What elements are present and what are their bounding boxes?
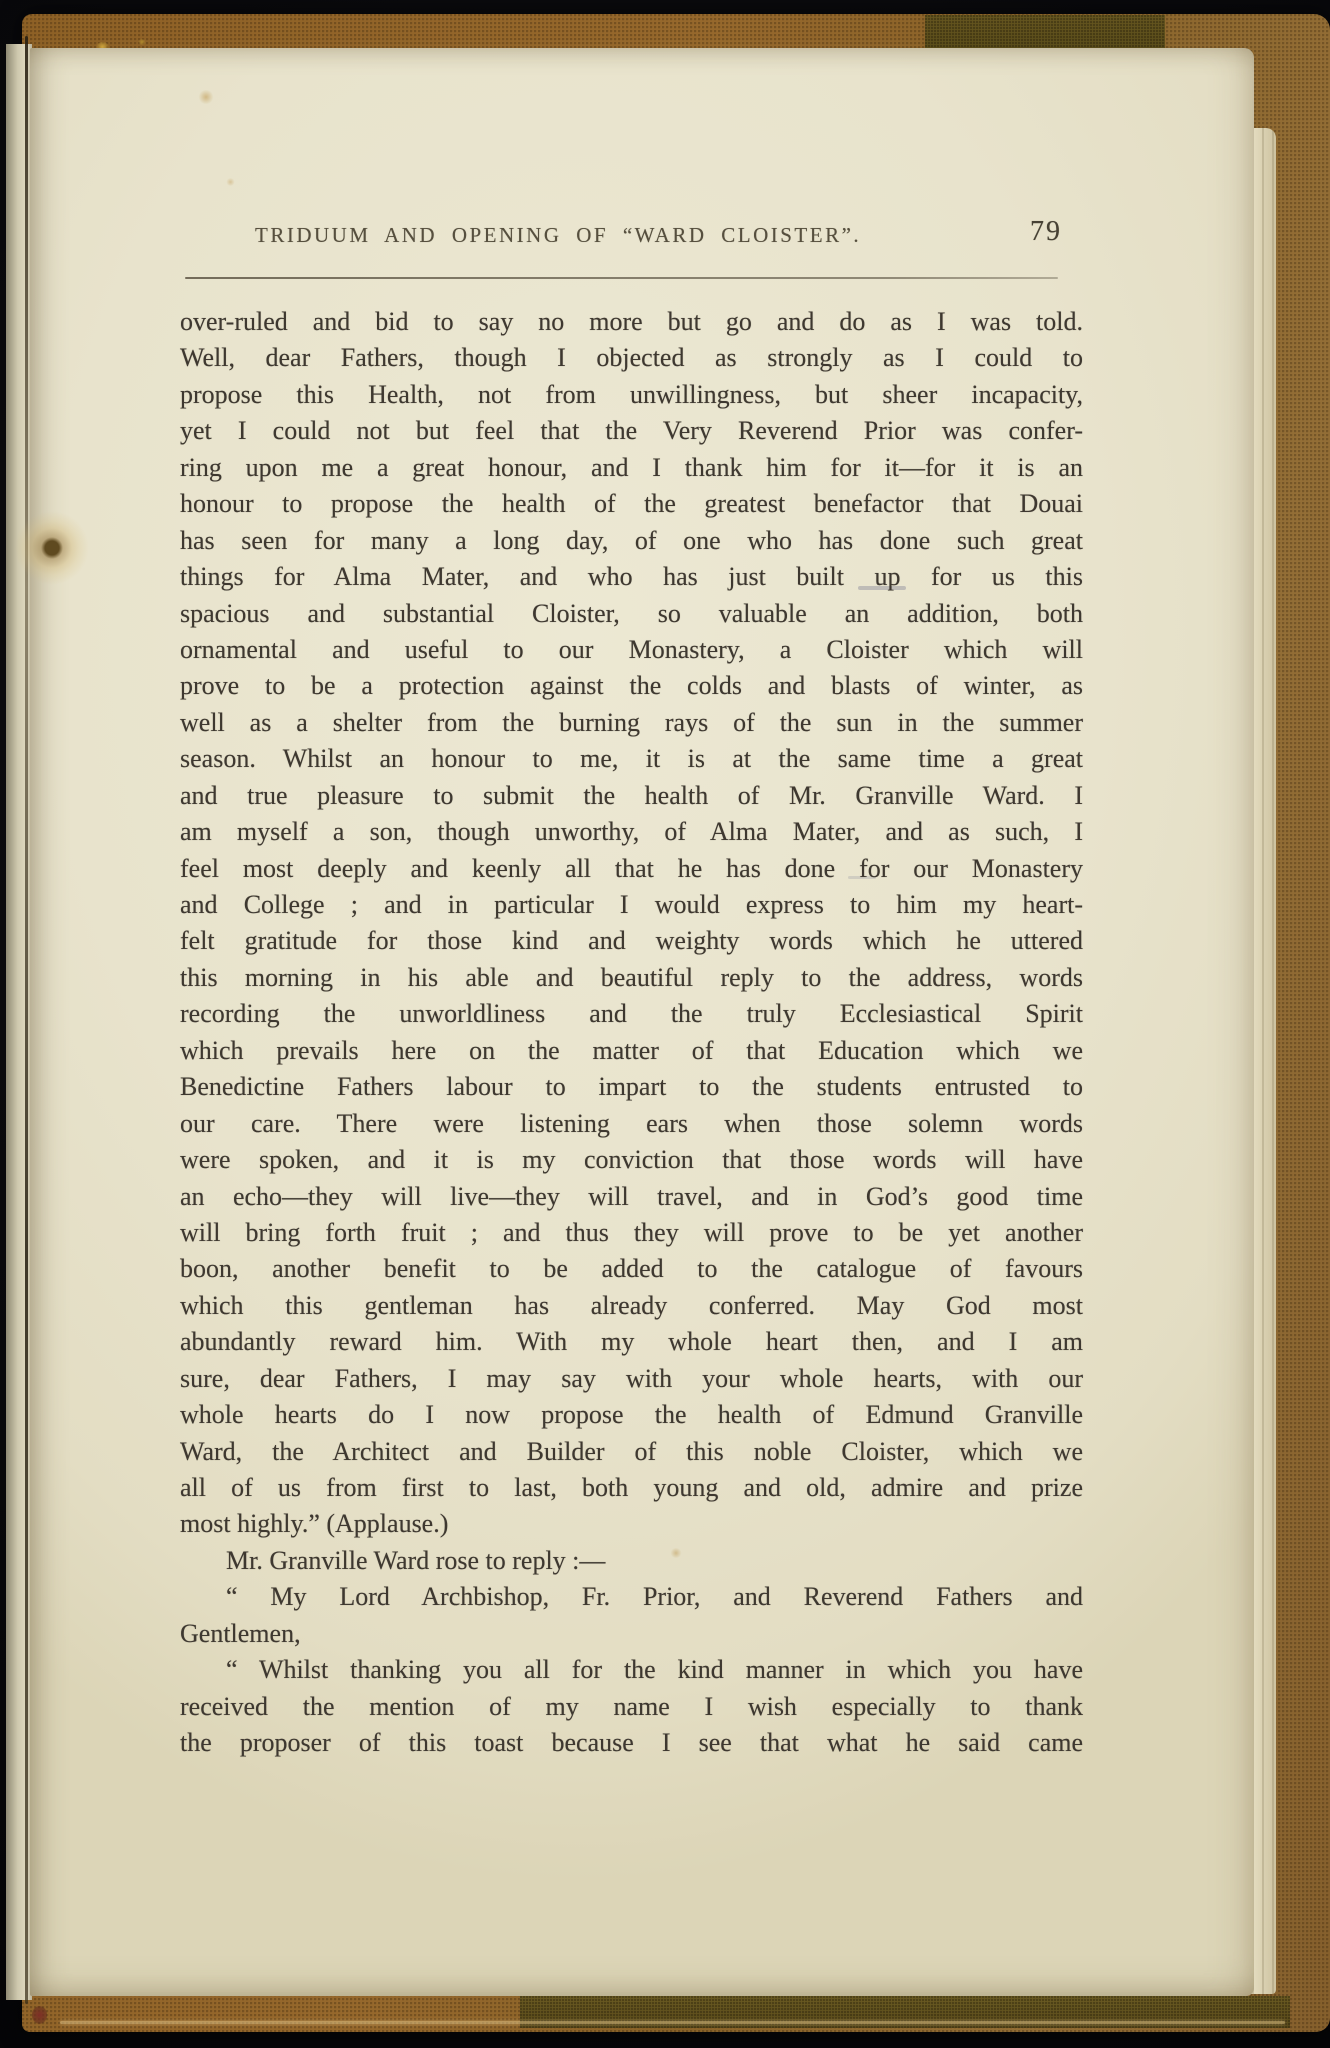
text-line: prove to be a protection against the col… <box>180 668 1083 704</box>
text-line: which prevails here on the matter of tha… <box>180 1033 1083 1069</box>
text-line: well as a shelter from the burning rays … <box>180 705 1083 741</box>
stain <box>226 178 235 186</box>
book-page: TRIDUUM AND OPENING OF “WARD CLOISTER”. … <box>30 48 1254 1996</box>
text-line: yet I could not but feel that the Very R… <box>180 413 1083 449</box>
text-line: things for Alma Mater, and who has just … <box>180 559 1083 595</box>
text-line: an echo—they will live—they will travel,… <box>180 1179 1083 1215</box>
gutter-crease <box>25 36 28 2004</box>
stain <box>198 90 214 104</box>
text-line: Well, dear Fathers, though I objected as… <box>180 340 1083 376</box>
text-line: sure, dear Fathers, I may say with your … <box>180 1361 1083 1397</box>
cover-edge-highlight <box>60 2021 1285 2024</box>
text-line: the proposer of this toast because I see… <box>180 1725 1083 1761</box>
text-line: felt gratitude for those kind and weight… <box>180 923 1083 959</box>
text-line: Mr. Granville Ward rose to reply :— <box>180 1543 1083 1579</box>
text-line: most highly.” (Applause.) <box>180 1506 1083 1542</box>
text-line: am myself a son, though unworthy, of Alm… <box>180 814 1083 850</box>
text-line: will bring forth fruit ; and thus they w… <box>180 1215 1083 1251</box>
text-line: “ My Lord Archbishop, Fr. Prior, and Rev… <box>180 1579 1083 1615</box>
text-line: honour to propose the health of the grea… <box>180 486 1083 522</box>
text-line: whole hearts do I now propose the health… <box>180 1397 1083 1433</box>
text-line: which this gentleman has already conferr… <box>180 1288 1083 1324</box>
stain <box>32 2006 47 2024</box>
text-line: all of us from first to last, both young… <box>180 1470 1083 1506</box>
text-line: “ Whilst thanking you all for the kind m… <box>180 1652 1083 1688</box>
text-line: abundantly reward him. With my whole hea… <box>180 1324 1083 1360</box>
text-line: recording the unworldliness and the trul… <box>180 996 1083 1032</box>
header-rule <box>185 277 1058 279</box>
text-line: ornamental and useful to our Monastery, … <box>180 632 1083 668</box>
text-line: our care. There were listening ears when… <box>180 1106 1083 1142</box>
gutter-page-sliver <box>6 44 32 2000</box>
text-line: propose this Health, not from unwillingn… <box>180 377 1083 413</box>
text-line: and College ; and in particular I would … <box>180 887 1083 923</box>
page-number: 79 <box>1030 216 1062 248</box>
text-line: season. Whilst an honour to me, it is at… <box>180 741 1083 777</box>
text-line: over-ruled and bid to say no more but go… <box>180 304 1083 340</box>
text-line: and true pleasure to submit the health o… <box>180 778 1083 814</box>
photo-backdrop: TRIDUUM AND OPENING OF “WARD CLOISTER”. … <box>0 0 1330 2048</box>
text-line: Ward, the Architect and Builder of this … <box>180 1434 1083 1470</box>
text-line: were spoken, and it is my conviction tha… <box>180 1142 1083 1178</box>
text-line: received the mention of my name I wish e… <box>180 1689 1083 1725</box>
text-line: feel most deeply and keenly all that he … <box>180 851 1083 887</box>
text-line: boon, another benefit to be added to the… <box>180 1251 1083 1287</box>
text-line: this morning in his able and beautiful r… <box>180 960 1083 996</box>
text-line: has seen for many a long day, of one who… <box>180 523 1083 559</box>
body-text: over-ruled and bid to say no more but go… <box>180 304 1083 1762</box>
text-line: spacious and substantial Cloister, so va… <box>180 596 1083 632</box>
text-line: Benedictine Fathers labour to impart to … <box>180 1069 1083 1105</box>
stain <box>14 510 90 586</box>
text-line: ring upon me a great honour, and I thank… <box>180 450 1083 486</box>
text-line: Gentlemen, <box>180 1616 1083 1652</box>
gilt-fleck <box>138 39 146 45</box>
running-title: TRIDUUM AND OPENING OF “WARD CLOISTER”. <box>255 222 861 248</box>
